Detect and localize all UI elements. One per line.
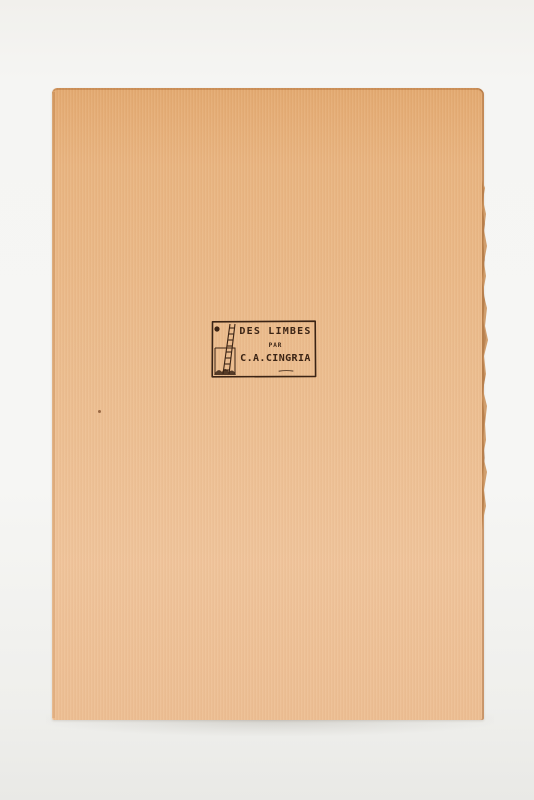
torn-right-edge	[482, 180, 490, 530]
label-author: C.A.CINGRIA	[237, 353, 314, 364]
ball-icon	[214, 326, 219, 331]
label-title: DES LIMBES	[237, 326, 314, 337]
label-by: PAR	[237, 342, 314, 349]
photo-scene: DES LIMBES PAR C.A.CINGRIA	[0, 0, 534, 800]
title-label: DES LIMBES PAR C.A.CINGRIA	[211, 320, 317, 378]
ladder-icon	[223, 324, 235, 374]
booklet-cover: DES LIMBES PAR C.A.CINGRIA	[52, 88, 484, 720]
label-underline	[275, 370, 297, 372]
paper-blemish	[98, 410, 101, 413]
